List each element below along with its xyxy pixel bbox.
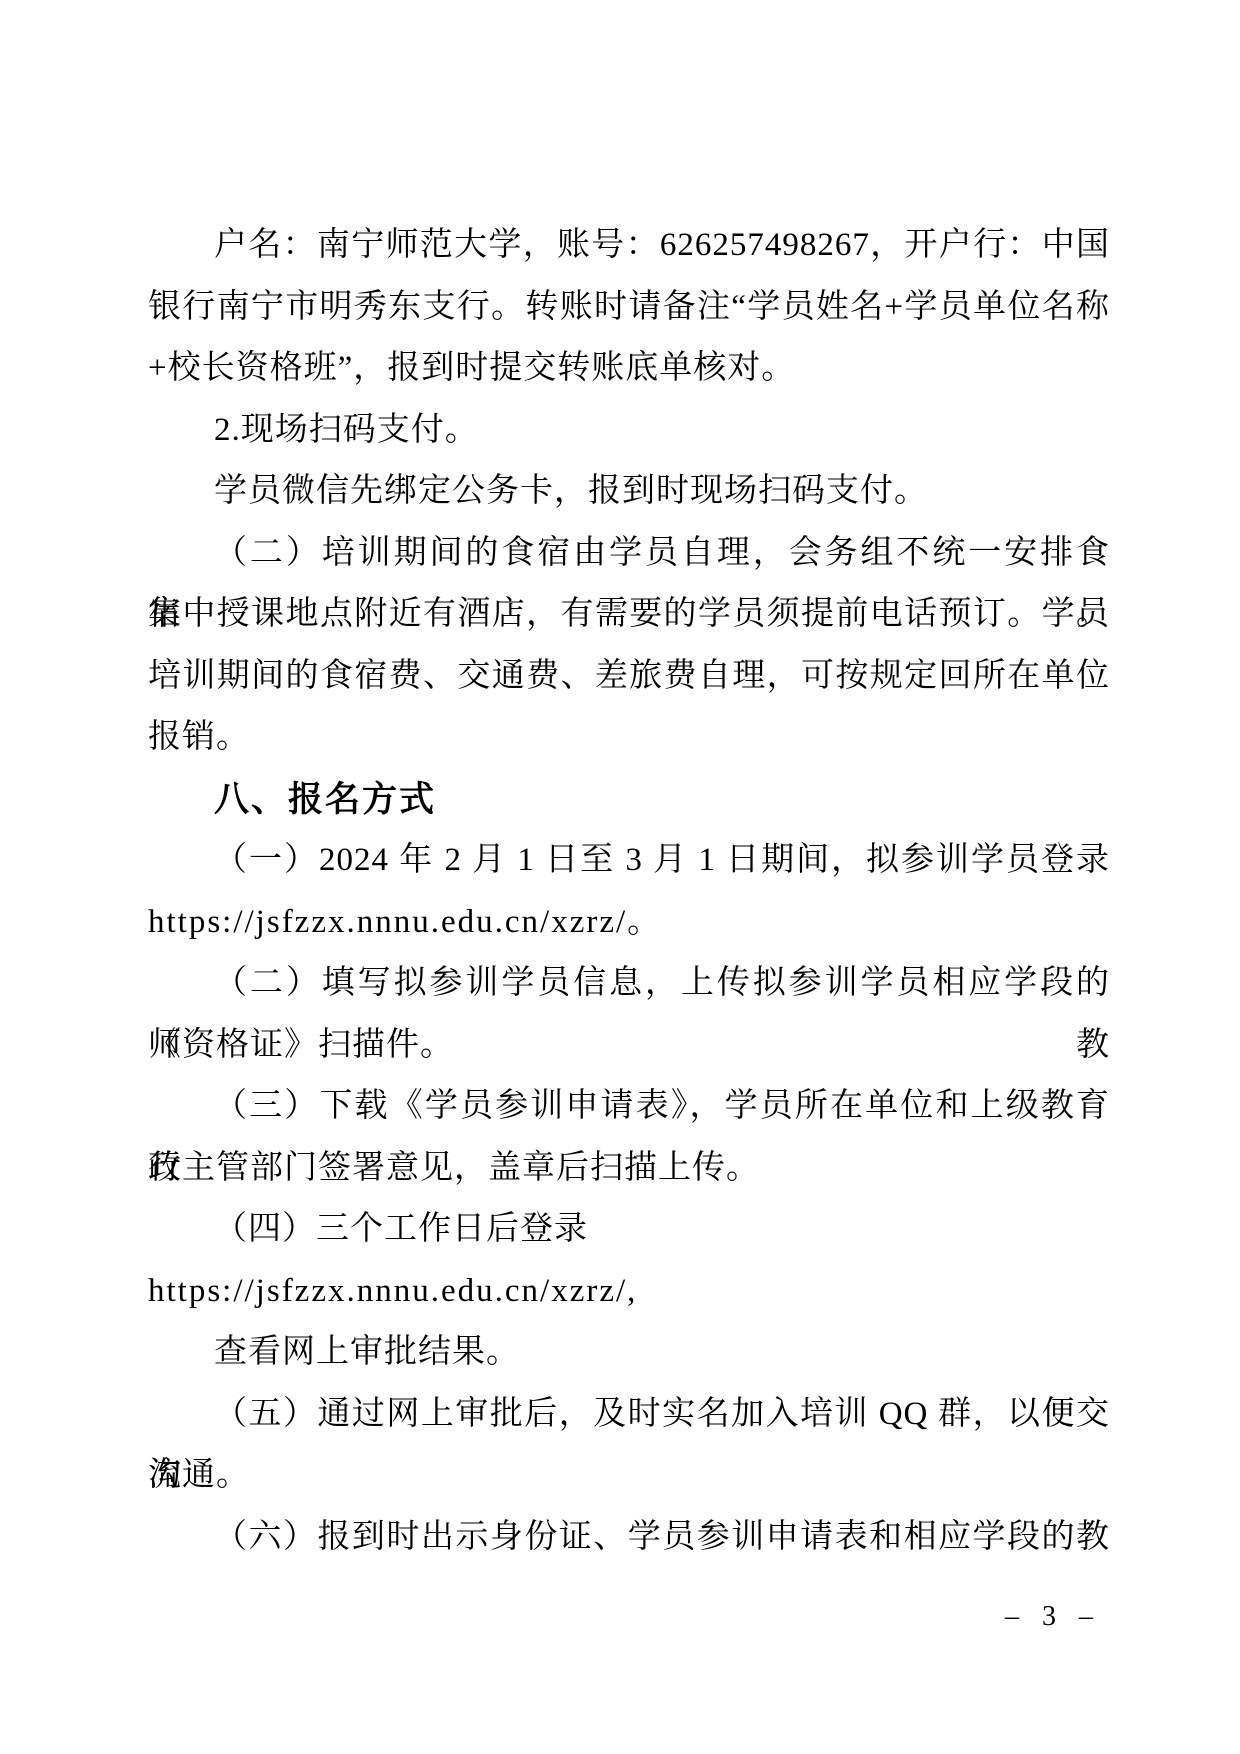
page-number: – 3 – — [1005, 1597, 1101, 1637]
paragraph-line: （三）下载《学员参训申请表》，学员所在单位和上级教育行 — [148, 1076, 1110, 1138]
paragraph-line: （二）填写拟参训学员信息，上传拟参训学员相应学段的《教 — [148, 953, 1110, 1015]
paragraph-line: 2.现场扫码支付。 — [148, 400, 1110, 462]
paragraph-line: （四）三个工作日后登录 — [148, 1199, 1110, 1261]
paragraph-line: 银行南宁市明秀东支行。转账时请备注“学员姓名+学员单位名称 — [148, 277, 1110, 339]
paragraph-line: +校长资格班”，报到时提交转账底单核对。 — [148, 338, 1110, 400]
paragraph-line: 政主管部门签署意见，盖章后扫描上传。 — [148, 1138, 1110, 1200]
paragraph-line: 报销。 — [148, 707, 1110, 769]
paragraph-line: （五）通过网上审批后，及时实名加入培训 QQ 群，以便交流 — [148, 1384, 1110, 1446]
section-heading: 八、报名方式 — [148, 769, 1110, 831]
paragraph-line: 沟通。 — [148, 1445, 1110, 1507]
url-text: https://jsfzzx.nnnu.edu.cn/xzrz/。 — [148, 892, 1110, 954]
document-page: 户名：南宁师范大学，账号：626257498267，开户行：中国 银行南宁市明秀… — [0, 0, 1240, 1754]
paragraph-line: （二）培训期间的食宿由学员自理，会务组不统一安排食宿。 — [148, 523, 1110, 585]
paragraph-line: （一）2024 年 2 月 1 日至 3 月 1 日期间，拟参训学员登录 — [148, 830, 1110, 892]
paragraph-line: 集中授课地点附近有酒店，有需要的学员须提前电话预订。学员 — [148, 584, 1110, 646]
paragraph-line: 学员微信先绑定公务卡，报到时现场扫码支付。 — [148, 461, 1110, 523]
paragraph-line: 查看网上审批结果。 — [148, 1322, 1110, 1384]
paragraph-line: 培训期间的食宿费、交通费、差旅费自理，可按规定回所在单位 — [148, 646, 1110, 708]
paragraph-line: 户名：南宁师范大学，账号：626257498267，开户行：中国 — [148, 215, 1110, 277]
url-text: https://jsfzzx.nnnu.edu.cn/xzrz/, — [148, 1261, 1110, 1323]
document-body: 户名：南宁师范大学，账号：626257498267，开户行：中国 银行南宁市明秀… — [148, 215, 1110, 1568]
paragraph-line: （六）报到时出示身份证、学员参训申请表和相应学段的教 — [148, 1507, 1110, 1569]
